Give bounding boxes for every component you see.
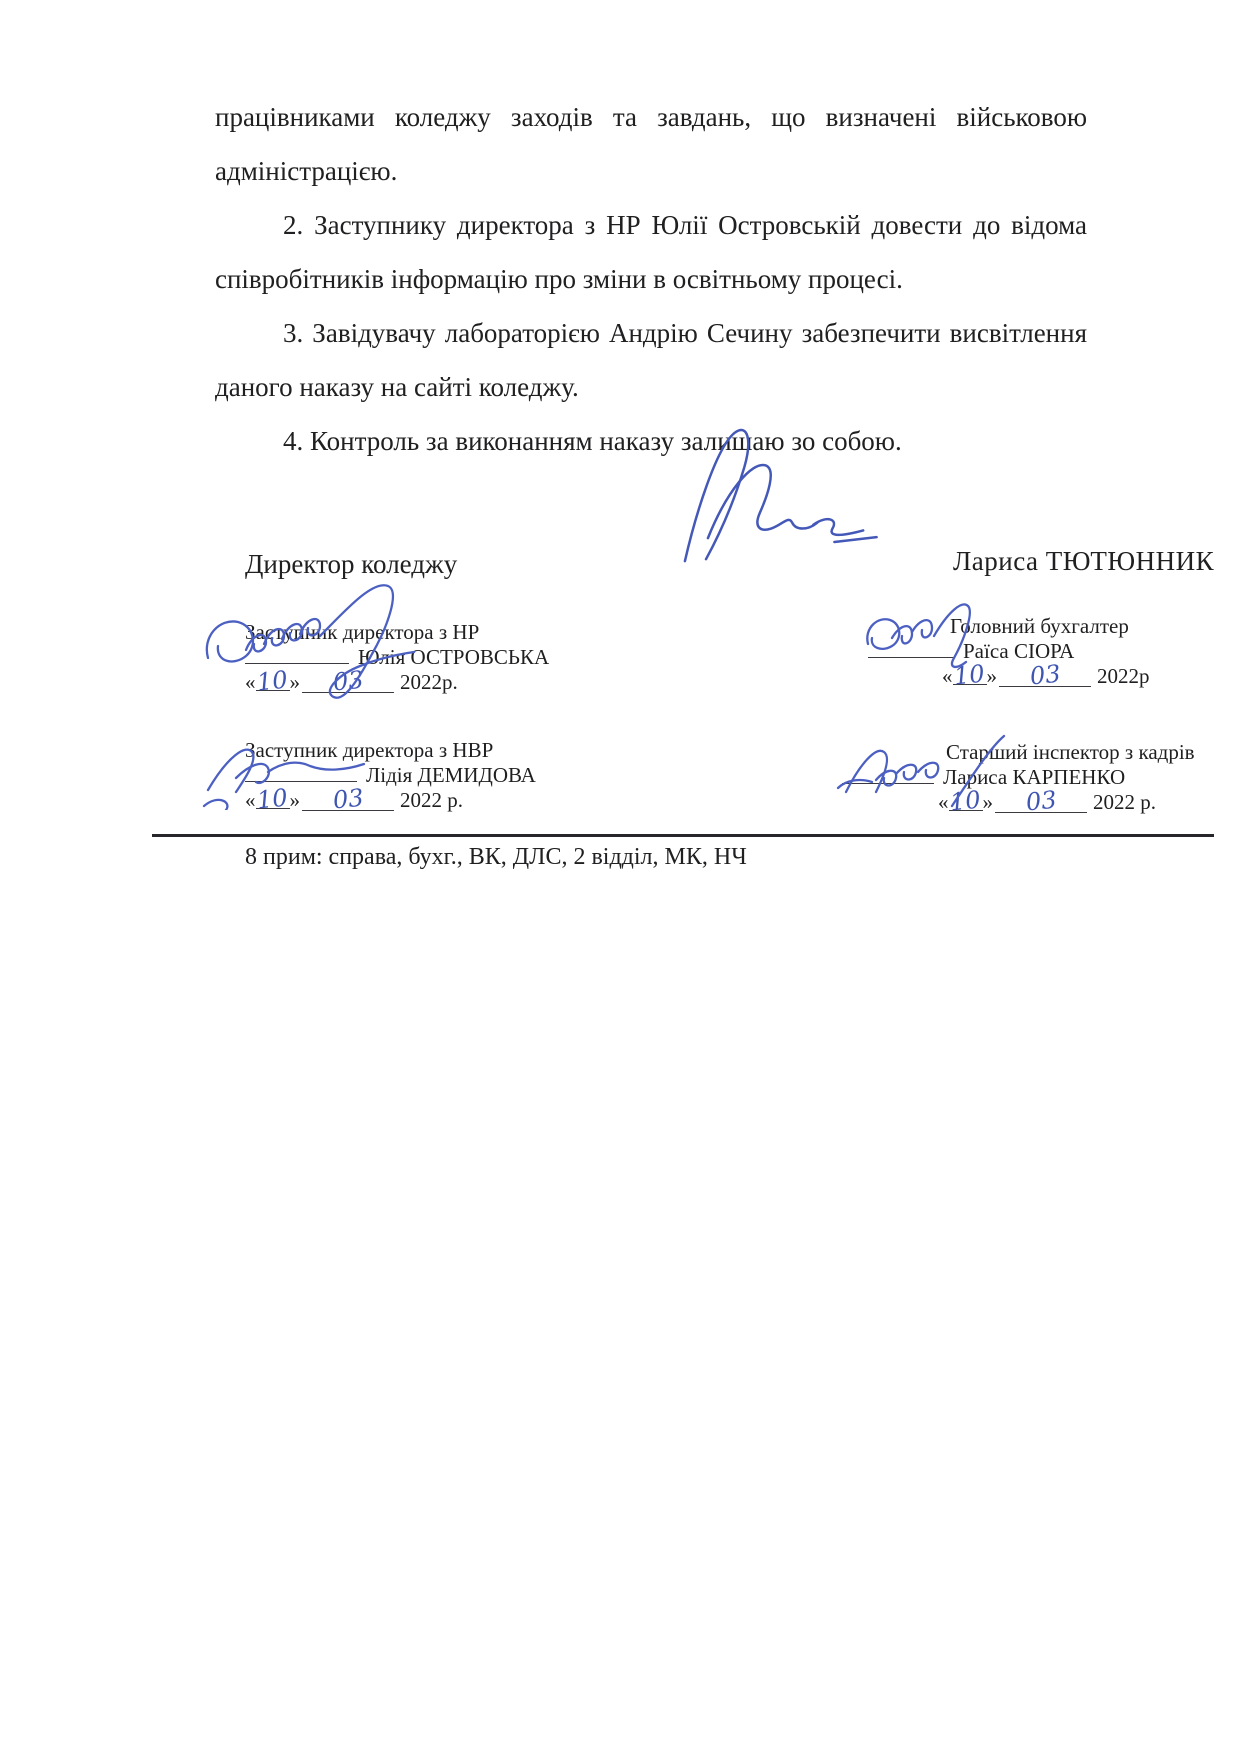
- year-label: 2022р.: [400, 670, 458, 694]
- sign-name-line: Лариса КАРПЕНКО: [842, 765, 1195, 790]
- director-title-label: Директор коледжу: [245, 549, 457, 579]
- quote-close: »: [290, 788, 301, 812]
- day-line: 10: [256, 788, 290, 809]
- month-line: 03: [302, 788, 394, 811]
- month-line: 03: [995, 790, 1087, 813]
- signature-line: [868, 639, 954, 658]
- sign-date-line: «10»032022 р.: [245, 788, 536, 813]
- sign-title: Заступник директора з НВР: [245, 738, 536, 763]
- scanned-order-page: працівниками коледжу заходів та завдань,…: [0, 0, 1254, 1764]
- quote-open: «: [938, 790, 949, 814]
- director-name: Лариса ТЮТЮННИК: [953, 546, 1214, 576]
- sign-block-deputy-nr: Заступник директора з НР Юлія ОСТРОВСЬКА…: [218, 620, 549, 695]
- handwritten-day: 10: [256, 787, 288, 810]
- month-line: 03: [302, 670, 394, 693]
- handwritten-month: 03: [332, 669, 364, 692]
- day-line: 10: [949, 790, 983, 811]
- sign-title: Старший інспектор з кадрів: [946, 740, 1195, 765]
- signature-line: [245, 645, 349, 664]
- year-label: 2022 р.: [400, 788, 463, 812]
- quote-close: »: [983, 790, 994, 814]
- sign-name: Юлія ОСТРОВСЬКА: [358, 645, 549, 669]
- quote-close: »: [290, 670, 301, 694]
- body-line: працівниками коледжу заходів та завдань,…: [215, 90, 1087, 144]
- body-line-item-3: 3. Завідувачу лабораторією Андрію Сечину…: [215, 306, 1087, 360]
- sign-name: Лідія ДЕМИДОВА: [366, 763, 536, 787]
- order-body-text: працівниками коледжу заходів та завдань,…: [215, 90, 1087, 468]
- sign-title: Головний бухгалтер: [950, 614, 1150, 639]
- footer-divider: [152, 834, 1214, 837]
- body-line: даного наказу на сайті коледжу.: [215, 360, 1087, 414]
- sign-name-line: Раїса СІОРА: [868, 639, 1150, 664]
- year-label: 2022р: [1097, 664, 1150, 688]
- quote-open: «: [245, 788, 256, 812]
- copies-distribution-note: 8 прим: справа, бухг., ВК, ДЛС, 2 відділ…: [245, 843, 747, 871]
- sign-name-line: Лідія ДЕМИДОВА: [245, 763, 536, 788]
- day-line: 10: [953, 664, 987, 685]
- sign-block-hr-inspector: Старший інспектор з кадрів Лариса КАРПЕН…: [840, 740, 1195, 815]
- month-line: 03: [999, 664, 1091, 687]
- body-line: співробітників інформацію про зміни в ос…: [215, 252, 1087, 306]
- handwritten-month: 03: [332, 787, 364, 810]
- body-line-item-4: 4. Контроль за виконанням наказу залишаю…: [215, 414, 1087, 468]
- handwritten-day: 10: [949, 789, 981, 812]
- sign-block-deputy-nvr: Заступник директора з НВР Лідія ДЕМИДОВА…: [218, 738, 536, 813]
- handwritten-month: 03: [1025, 789, 1057, 812]
- sign-title: Заступник директора з НР: [245, 620, 549, 645]
- handwritten-month: 03: [1029, 663, 1061, 686]
- sign-block-chief-accountant: Головний бухгалтер Раїса СІОРА «10»03202…: [840, 614, 1150, 689]
- sign-date-line: «10»032022р: [942, 664, 1150, 689]
- quote-close: »: [987, 664, 998, 688]
- signature-line: [245, 763, 357, 782]
- sign-name-line: Юлія ОСТРОВСЬКА: [245, 645, 549, 670]
- handwritten-day: 10: [256, 669, 288, 692]
- sign-date-line: «10»032022р.: [245, 670, 549, 695]
- year-label: 2022 р.: [1093, 790, 1156, 814]
- signature-line: [842, 765, 934, 784]
- quote-open: «: [942, 664, 953, 688]
- quote-open: «: [245, 670, 256, 694]
- day-line: 10: [256, 670, 290, 691]
- sign-date-line: «10»032022 р.: [938, 790, 1195, 815]
- body-line-item-2: 2. Заступнику директора з НР Юлії Остров…: [215, 198, 1087, 252]
- handwritten-day: 10: [953, 663, 985, 686]
- body-line: адміністрацією.: [215, 144, 1087, 198]
